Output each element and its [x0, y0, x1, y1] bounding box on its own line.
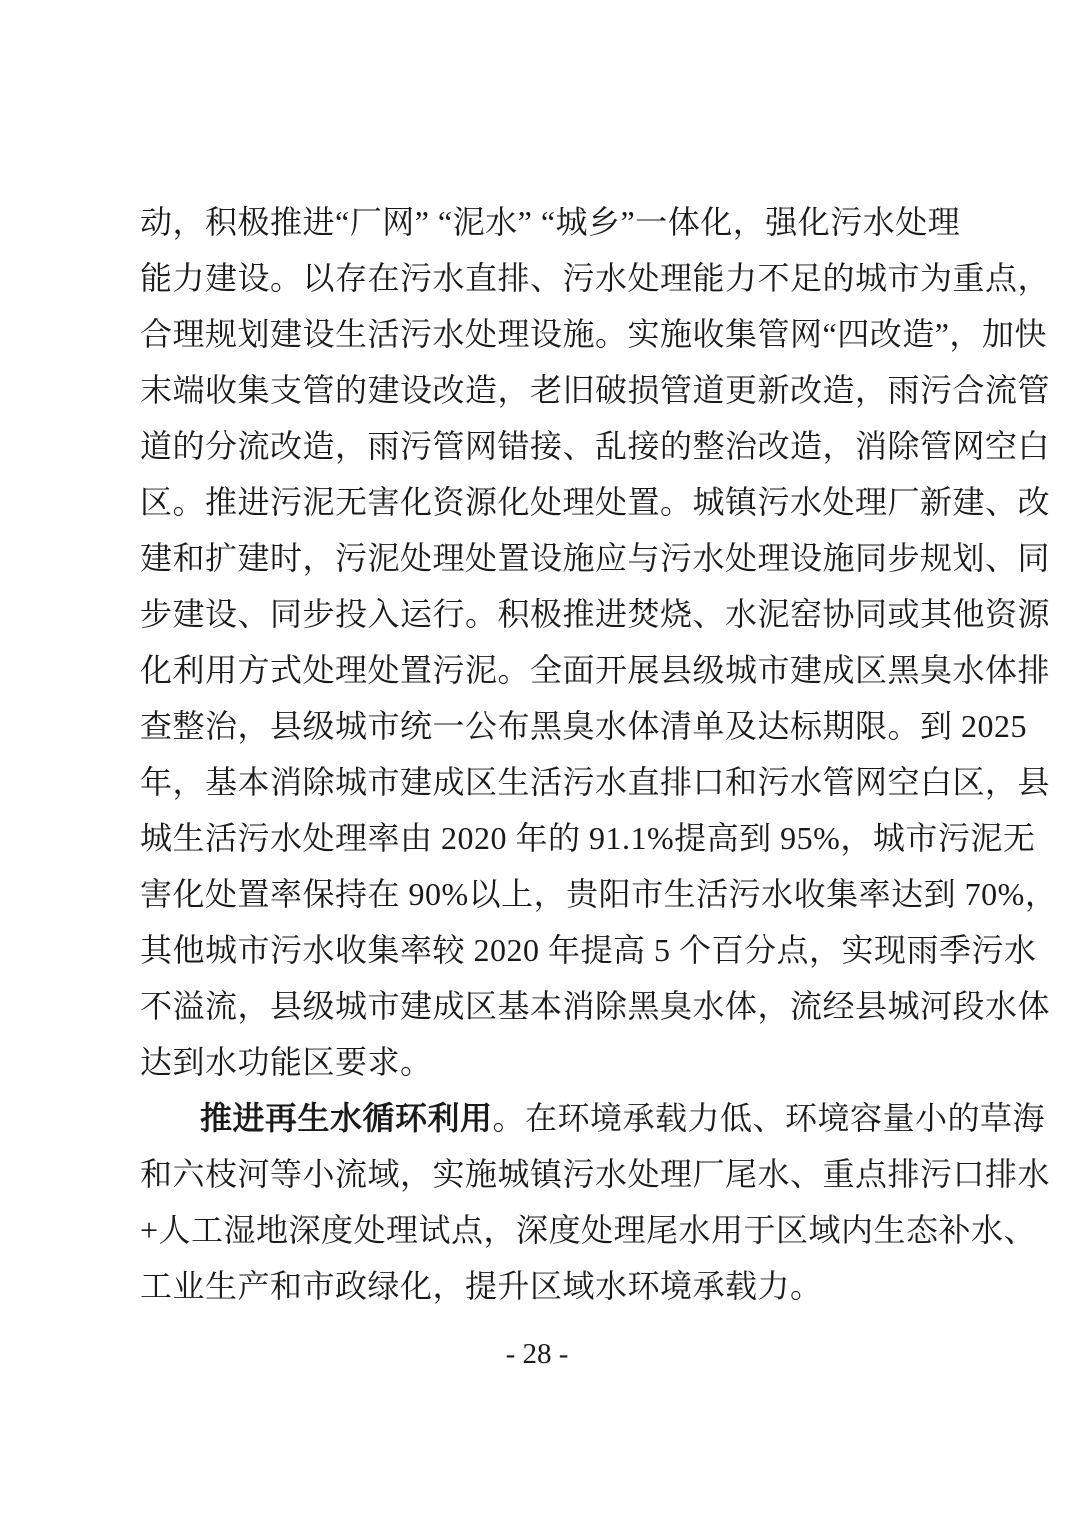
paragraph-line: 年，基本消除城市建成区生活污水直排口和污水管网空白区，县 [140, 754, 938, 810]
paragraph-line: 查整治，县级城市统一公布黑臭水体清单及达标期限。到 2025 [140, 698, 938, 754]
page-number: - 28 - [0, 1336, 1074, 1372]
paragraph-line: 末端收集支管的建设改造，老旧破损管道更新改造，雨污合流管 [140, 362, 938, 418]
paragraph-line: 动，积极推进“厂网” “泥水” “城乡”一体化，强化污水处理 [140, 194, 938, 250]
paragraph-line: 不溢流，县级城市建成区基本消除黑臭水体，流经县城河段水体 [140, 978, 938, 1034]
paragraph-line: +人工湿地深度处理试点，深度处理尾水用于区域内生态补水、 [140, 1202, 938, 1258]
paragraph-line: 达到水功能区要求。 [140, 1034, 938, 1090]
paragraph-line: 害化处置率保持在 90%以上，贵阳市生活污水收集率达到 70%， [140, 866, 938, 922]
body-text: 动，积极推进“厂网” “泥水” “城乡”一体化，强化污水处理 能力建设。以存在污… [140, 194, 938, 1314]
paragraph-line: 工业生产和市政绿化，提升区域水环境承载力。 [140, 1258, 938, 1314]
paragraph-line: 推进再生水循环利用。在环境承载力低、环境容量小的草海 [140, 1090, 938, 1146]
paragraph-line: 建和扩建时，污泥处理处置设施应与污水处理设施同步规划、同 [140, 530, 938, 586]
paragraph-line: 道的分流改造，雨污管网错接、乱接的整治改造，消除管网空白 [140, 418, 938, 474]
paragraph-line: 能力建设。以存在污水直排、污水处理能力不足的城市为重点， [140, 250, 938, 306]
paragraph-lead-bold: 推进再生水循环利用 [200, 1100, 493, 1136]
paragraph-line: 步建设、同步投入运行。积极推进焚烧、水泥窑协同或其他资源 [140, 586, 938, 642]
paragraph-lead-rest: 。在环境承载力低、环境容量小的草海 [493, 1100, 1046, 1136]
paragraph-line: 和六枝河等小流域，实施城镇污水处理厂尾水、重点排污口排水 [140, 1146, 938, 1202]
paragraph-line: 区。推进污泥无害化资源化处理处置。城镇污水处理厂新建、改 [140, 474, 938, 530]
paragraph-line: 化利用方式处理处置污泥。全面开展县级城市建成区黑臭水体排 [140, 642, 938, 698]
paragraph-line: 合理规划建设生活污水处理设施。实施收集管网“四改造”，加快 [140, 306, 938, 362]
document-page: 动，积极推进“厂网” “泥水” “城乡”一体化，强化污水处理 能力建设。以存在污… [0, 0, 1074, 1520]
paragraph-line: 城生活污水处理率由 2020 年的 91.1%提高到 95%，城市污泥无 [140, 810, 938, 866]
paragraph-line: 其他城市污水收集率较 2020 年提高 5 个百分点，实现雨季污水 [140, 922, 938, 978]
